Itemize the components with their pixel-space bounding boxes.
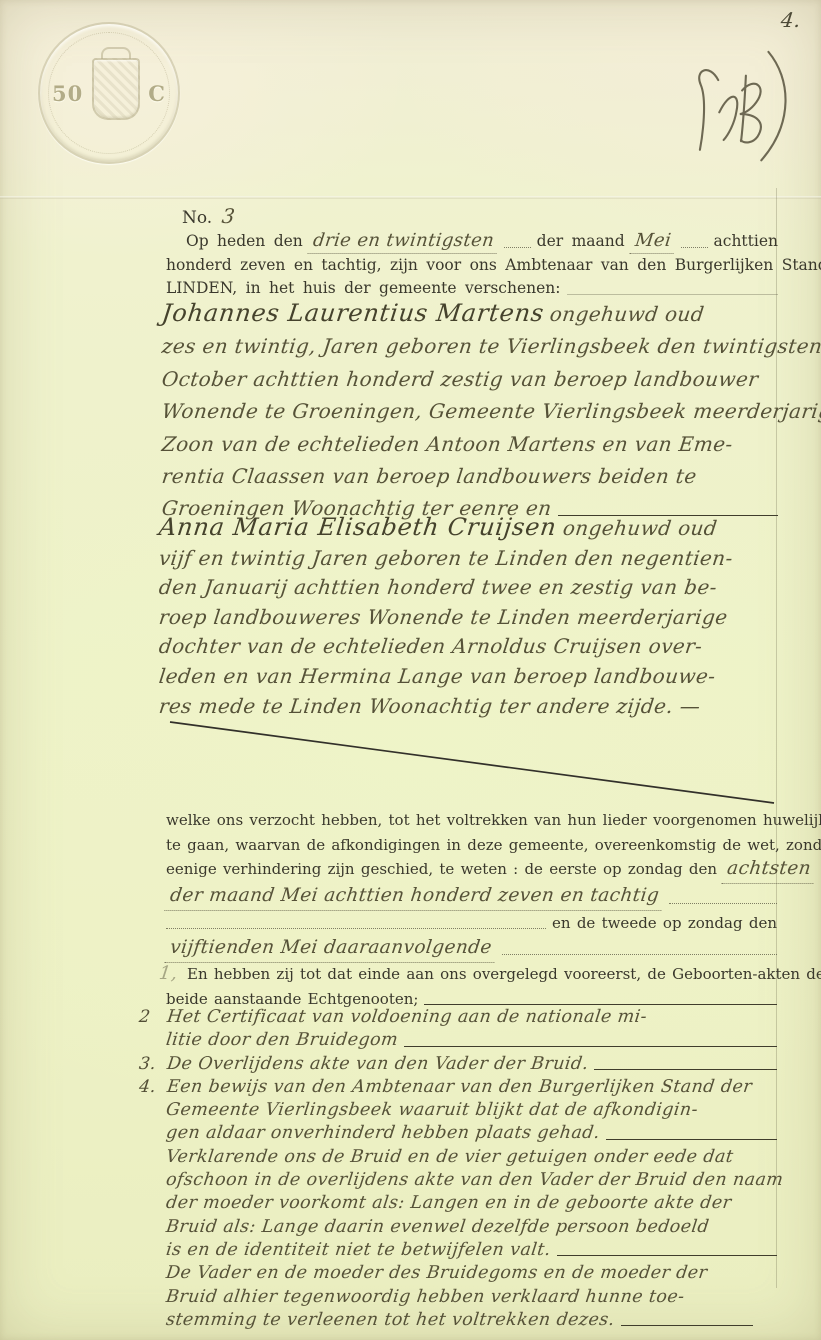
document-line: dochter van de echtelieden Arnoldus Crui… <box>159 632 778 662</box>
handwritten-text: Bruid als: Lange daarin evenwel dezelfde… <box>165 1216 711 1239</box>
solid-dash <box>621 1325 753 1326</box>
handwritten-text: Het Certificaat van voldoening aan de na… <box>166 1006 649 1029</box>
solid-rule <box>404 1046 777 1047</box>
handwritten-text: is en de identiteit niet te betwijfelen … <box>165 1239 552 1262</box>
document-line: zes en twintig, Jaren geboren te Vierlin… <box>162 330 778 362</box>
document-line: Bruid als: Lange daarin evenwel dezelfde… <box>166 1216 777 1239</box>
document-line: Op heden dendrie en twintigstender maand… <box>166 229 778 254</box>
document-line: Johannes Laurentius Martensongehuwd oud <box>162 297 778 330</box>
handwritten-text: Mei <box>629 229 676 254</box>
handwritten-text: litie door den Bruidegom <box>165 1029 400 1052</box>
solid-rule <box>606 1139 777 1140</box>
handwritten-text: De Overlijdens akte van den Vader der Br… <box>166 1053 590 1076</box>
document-line: 2Het Certificaat van voldoening aan de n… <box>166 1006 777 1029</box>
item-number: 1, <box>157 962 182 987</box>
document-line: en de tweede op zondag den <box>166 911 777 936</box>
document-line: res mede te Linden Woonachtig ter andere… <box>159 692 778 722</box>
document-line: rentia Claassen van beroep landbouwers b… <box>162 460 778 492</box>
printed-text: welke ons verzocht hebben, tot het voltr… <box>166 808 821 833</box>
handwritten-text: ofschoon in de overlijdens akte van den … <box>165 1169 785 1192</box>
handwritten-text: res mede te Linden Woonachtig ter andere… <box>157 692 702 722</box>
handwritten-text: vijf en twintig Jaren geboren te Linden … <box>157 544 734 574</box>
document-line: welke ons verzocht hebben, tot het voltr… <box>166 808 777 833</box>
fold-crease <box>0 196 821 199</box>
document-line: Anna Maria Elisabeth Cruijsenongehuwd ou… <box>159 513 778 544</box>
handwritten-text: dochter van de echtelieden Arnoldus Crui… <box>157 632 704 662</box>
document-line: stemming te verleenen tot het voltrekken… <box>166 1309 777 1332</box>
handwritten-text: stemming te verleenen tot het voltrekken… <box>165 1309 616 1332</box>
document-line: vijftienden Mei daaraanvolgende <box>166 936 777 963</box>
document-line: te gaan, waarvan de afkondigingen in dez… <box>166 833 777 858</box>
dotted-rule <box>681 247 708 248</box>
document-line: Zoon van de echtelieden Antoon Martens e… <box>162 428 778 460</box>
handwritten-text: vijftienden Mei daaraanvolgende <box>164 936 497 963</box>
handwritten-text: rentia Claassen van beroep landbouwers b… <box>160 460 699 492</box>
printed-text: en de tweede op zondag den <box>552 911 777 936</box>
handwritten-text: Gemeente Vierlingsbeek waaruit blijkt da… <box>165 1099 700 1122</box>
handwritten-text: gen aldaar onverhinderd hebben plaats ge… <box>165 1122 602 1145</box>
document-line: Wonende te Groeningen, Gemeente Vierling… <box>162 395 778 427</box>
document-line: roep landbouweres Wonende te Linden meer… <box>159 603 778 633</box>
item-number: 4. <box>138 1076 163 1099</box>
dotted-rule <box>502 954 777 955</box>
document-line: der moeder voorkomt als: Langen en in de… <box>166 1192 777 1215</box>
handwritten-text: Wonende te Groeningen, Gemeente Vierling… <box>160 395 821 427</box>
faint-rule <box>567 294 779 295</box>
handwritten-text: achtsten <box>721 857 816 884</box>
stamp-value-right: C <box>148 81 166 106</box>
item-number: 2 <box>138 1006 163 1029</box>
document-line: October achttien honderd zestig van bero… <box>162 363 778 395</box>
document-line: honderd zeven en tachtig, zijn voor ons … <box>166 254 778 277</box>
handwritten-text: ongehuwd oud <box>561 514 719 544</box>
dotted-rule <box>669 903 777 904</box>
stamp-value-left: 50 <box>52 81 83 106</box>
printed-text: Op heden den <box>186 230 303 253</box>
banns-paragraph: welke ons verzocht hebben, tot het voltr… <box>166 808 777 1012</box>
printed-text: honderd zeven en tachtig, zijn voor ons … <box>166 254 821 277</box>
solid-rule <box>594 1069 777 1070</box>
handwritten-text: roep landbouweres Wonende te Linden meer… <box>157 603 729 633</box>
dotted-rule <box>504 247 531 248</box>
handwritten-text: den Januarij achttien honderd twee en ze… <box>157 573 719 603</box>
handwritten-text: zes en twintig, Jaren geboren te Vierlin… <box>160 330 821 362</box>
handwritten-text: Een bewijs van den Ambtenaar van den Bur… <box>166 1076 754 1099</box>
solid-rule <box>424 1004 777 1005</box>
handwritten-text: Verklarende ons de Bruid en de vier getu… <box>165 1146 735 1169</box>
solid-rule <box>557 1255 777 1256</box>
handwritten-text: October achttien honderd zestig van bero… <box>160 363 760 395</box>
act-number-label: No. <box>182 208 212 228</box>
document-line: vijf en twintig Jaren geboren te Linden … <box>159 544 778 574</box>
document-line: 1,En hebben zij tot dat einde aan ons ov… <box>166 962 777 987</box>
handwritten-text: ongehuwd oud <box>548 298 706 330</box>
handwritten-text: De Vader en de moeder des Bruidegoms en … <box>165 1262 709 1285</box>
act-number-line: No. 3 <box>182 204 235 228</box>
document-line: 3.De Overlijdens akte van den Vader der … <box>166 1053 777 1076</box>
document-line: De Vader en de moeder des Bruidegoms en … <box>166 1262 777 1285</box>
handwritten-text: Johannes Laurentius Martens <box>160 297 546 329</box>
documents-list: 2Het Certificaat van voldoening aan de n… <box>166 1006 777 1332</box>
handwritten-text: drie en twintigsten <box>307 229 499 254</box>
document-line: Bruid alhier tegenwoordig hebben verklaa… <box>166 1286 777 1309</box>
document-line: den Januarij achttien honderd twee en ze… <box>159 573 778 603</box>
printed-text: te gaan, waarvan de afkondigingen in dez… <box>166 833 821 858</box>
printed-text: der maand <box>537 230 625 253</box>
document-line: gen aldaar onverhinderd hebben plaats ge… <box>166 1122 777 1145</box>
printed-text: eenige verhindering zijn geschied, te we… <box>166 857 717 882</box>
printed-text: En hebben zij tot dat einde aan ons over… <box>187 962 821 987</box>
document-line: 4.Een bewijs van den Ambtenaar van den B… <box>166 1076 777 1099</box>
groom-paragraph: Johannes Laurentius Martensongehuwd oudz… <box>162 297 778 525</box>
handwritten-text: der moeder voorkomt als: Langen en in de… <box>165 1192 733 1215</box>
document-line: litie door den Bruidegom <box>166 1029 777 1052</box>
document-line: Gemeente Vierlingsbeek waaruit blijkt da… <box>166 1099 777 1122</box>
dotted-rule <box>166 928 546 929</box>
handwritten-text: Anna Maria Elisabeth Cruijsen <box>157 513 558 543</box>
handwritten-text: leden en van Hermina Lange van beroep la… <box>157 662 717 692</box>
intro-paragraph: Op heden dendrie en twintigstender maand… <box>166 229 778 301</box>
handwritten-text: Bruid alhier tegenwoordig hebben verklaa… <box>165 1286 686 1309</box>
registrar-paraph-icon <box>688 42 804 164</box>
handwritten-text: Zoon van de echtelieden Antoon Martens e… <box>160 428 735 460</box>
printed-text: achttien <box>714 230 778 253</box>
handwritten-text: der maand Mei achttien honderd zeven en … <box>164 884 664 911</box>
document-line: eenige verhindering zijn geschied, te we… <box>166 857 777 884</box>
document-line: leden en van Hermina Lange van beroep la… <box>159 662 778 692</box>
bride-paragraph: Anna Maria Elisabeth Cruijsenongehuwd ou… <box>159 513 778 721</box>
document-line: der maand Mei achttien honderd zeven en … <box>166 884 777 911</box>
item-number: 3. <box>138 1053 163 1076</box>
page-number: 4. <box>780 8 803 32</box>
embossed-revenue-stamp: 50 C <box>38 22 180 164</box>
document-line: Verklarende ons de Bruid en de vier getu… <box>166 1146 777 1169</box>
marriage-record-page: 50 C 4. No. 3 Op heden dendrie en twinti… <box>0 0 821 1340</box>
act-number-value: 3 <box>221 204 237 228</box>
document-line: ofschoon in de overlijdens akte van den … <box>166 1169 777 1192</box>
document-line: is en de identiteit niet te betwijfelen … <box>166 1239 777 1262</box>
stamp-coat-of-arms <box>92 58 140 120</box>
